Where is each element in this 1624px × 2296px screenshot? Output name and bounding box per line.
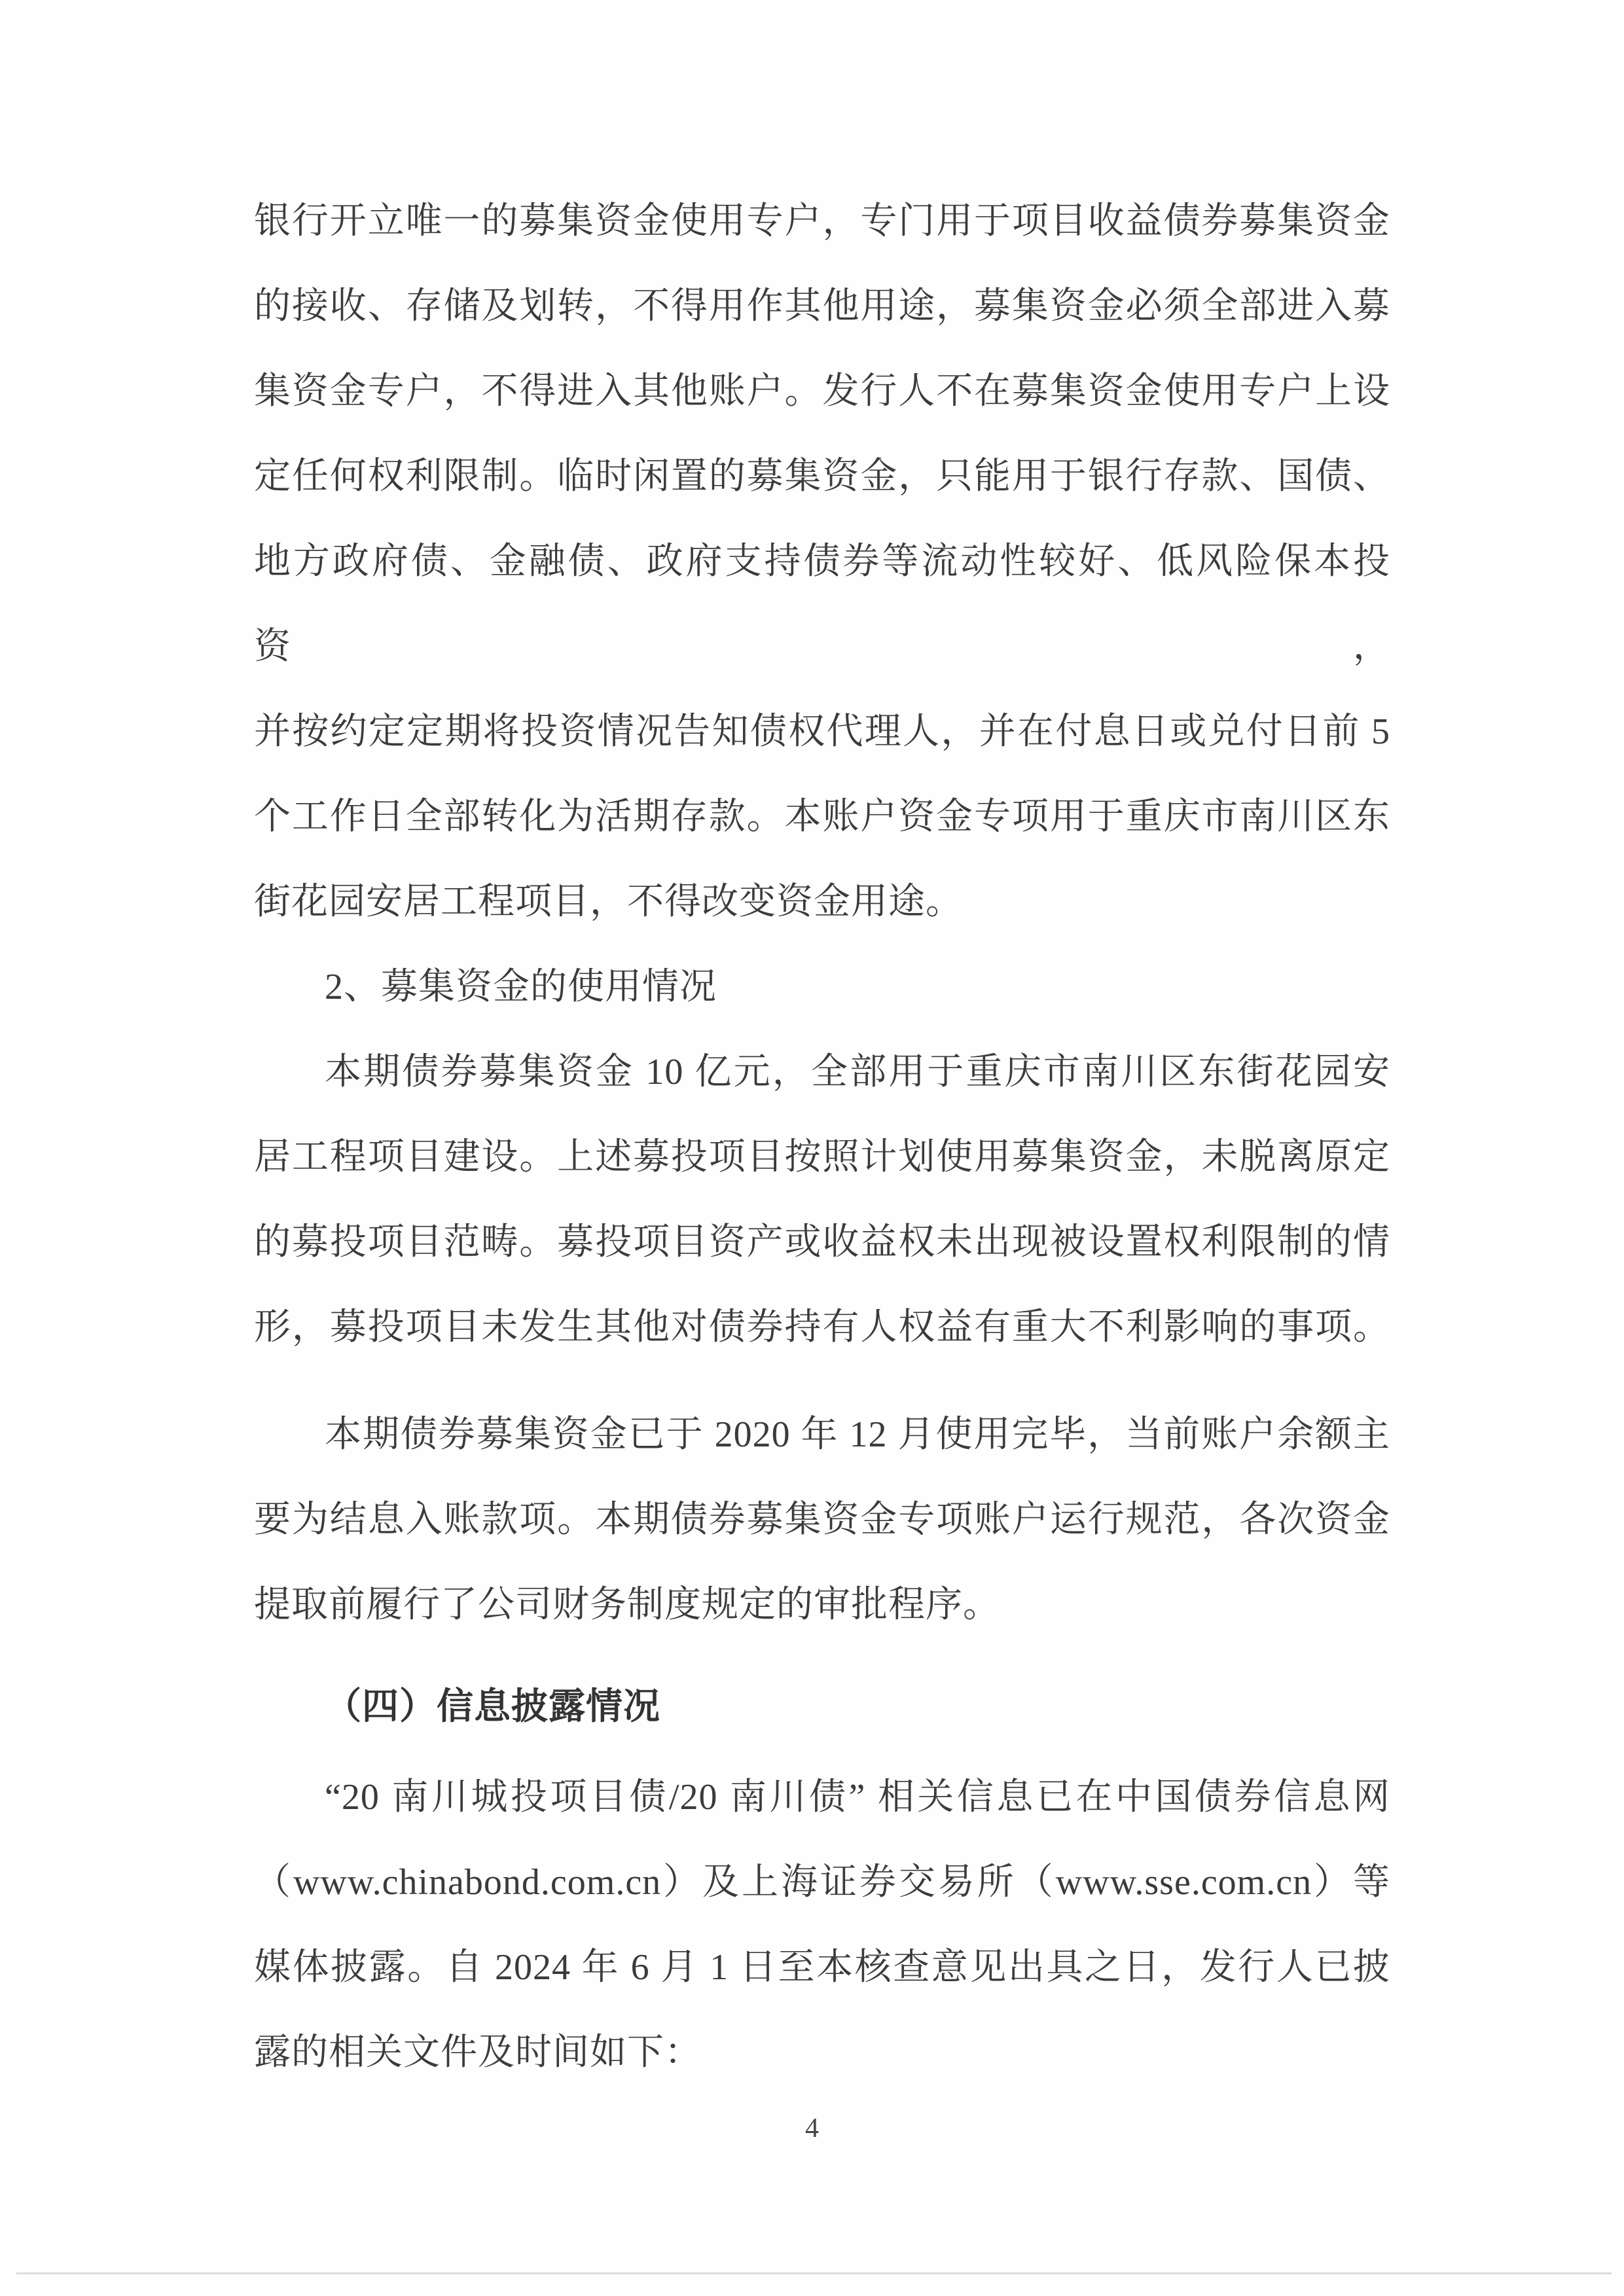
text-line: 集资金专户，不得进入其他账户。发行人不在募集资金使用专户上设 (254, 349, 1390, 434)
document-page: 银行开立唯一的募集资金使用专户，专门用于项目收益债券募集资金 的接收、存储及划转… (0, 0, 1624, 2296)
text-line: 提取前履行了公司财务制度规定的审批程序。 (254, 1562, 1390, 1647)
text-line: 要为结息入账款项。本期债券募集资金专项账户运行规范，各次资金 (254, 1477, 1390, 1562)
text-line: 露的相关文件及时间如下： (254, 2010, 1390, 2095)
text-line: 银行开立唯一的募集资金使用专户，专门用于项目收益债券募集资金 (254, 179, 1390, 264)
text-line: 地方政府债、金融债、政府支持债券等流动性较好、低风险保本投资， (254, 519, 1390, 689)
text-line: 形，募投项目未发生其他对债券持有人权益有重大不利影响的事项。 (254, 1285, 1390, 1370)
text-line: 并按约定定期将投资情况告知债权代理人，并在付息日或兑付日前 5 (254, 689, 1390, 774)
text-line: 的接收、存储及划转，不得用作其他用途，募集资金必须全部进入募 (254, 264, 1390, 349)
text-line: “20 南川城投项目债/20 南川债” 相关信息已在中国债券信息网 (254, 1755, 1390, 1840)
text-line: 个工作日全部转化为活期存款。本账户资金专项用于重庆市南川区东 (254, 774, 1390, 859)
page-body: 银行开立唯一的募集资金使用专户，专门用于项目收益债券募集资金 的接收、存储及划转… (254, 179, 1390, 2095)
text-line: （www.chinabond.com.cn）及上海证券交易所（www.sse.c… (254, 1840, 1390, 1925)
page-number: 4 (0, 2113, 1624, 2144)
text-line: 本期债券募集资金已于 2020 年 12 月使用完毕，当前账户余额主 (254, 1392, 1390, 1477)
text-line: 街花园安居工程项目，不得改变资金用途。 (254, 859, 1390, 944)
subsection-title: 2、募集资金的使用情况 (254, 944, 1390, 1030)
scan-artifact-line (16, 2272, 1612, 2274)
text-line: 本期债券募集资金 10 亿元，全部用于重庆市南川区东街花园安 (254, 1030, 1390, 1115)
text-line: 定任何权利限制。临时闲置的募集资金，只能用于银行存款、国债、 (254, 434, 1390, 519)
text-line: 居工程项目建设。上述募投项目按照计划使用募集资金，未脱离原定 (254, 1115, 1390, 1200)
section-heading: （四）信息披露情况 (254, 1664, 1390, 1749)
text-line: 媒体披露。自 2024 年 6 月 1 日至本核查意见出具之日，发行人已披 (254, 1925, 1390, 2010)
text-line: 的募投项目范畴。募投项目资产或收益权未出现被设置权利限制的情 (254, 1200, 1390, 1285)
